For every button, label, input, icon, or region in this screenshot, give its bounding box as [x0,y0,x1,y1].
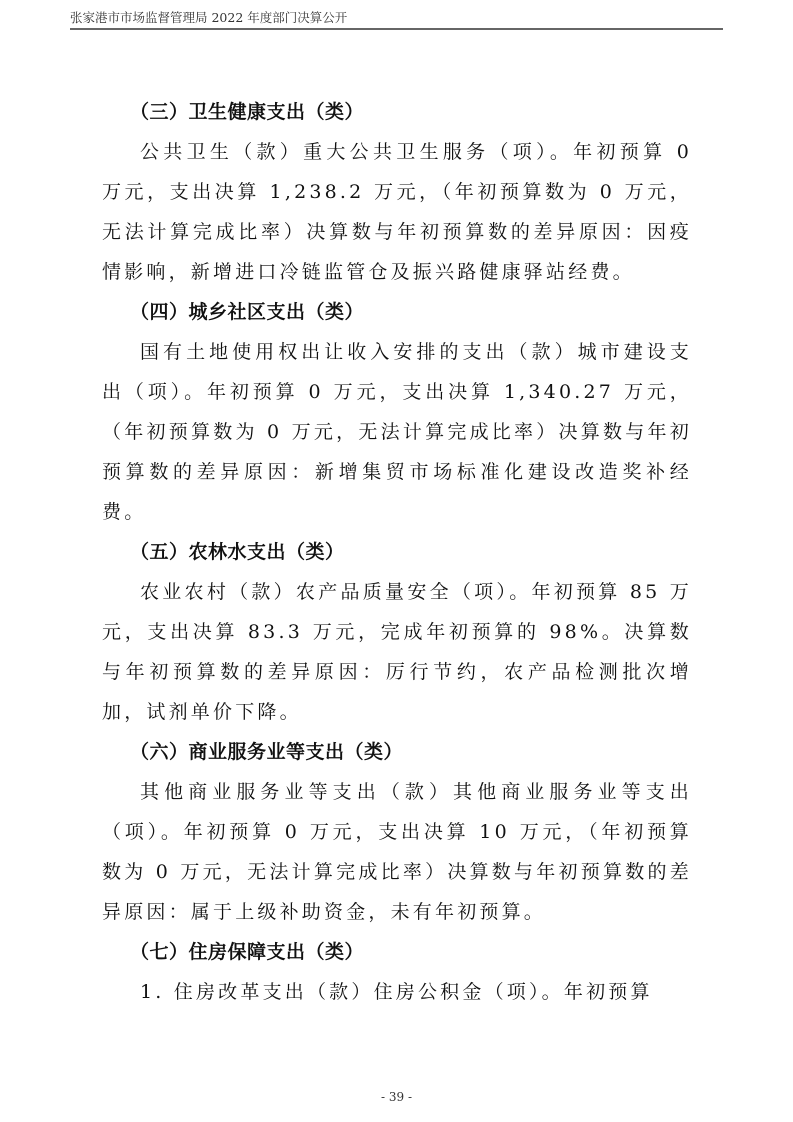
document-title: 张家港市市场监督管理局 2022 年度部门决算公开 [70,10,723,26]
section-urban-rural: （四）城乡社区支出（类） 国有土地使用权出让收入安排的支出（款）城市建设支出（项… [102,292,692,532]
section-commerce: （六）商业服务业等支出（类） 其他商业服务业等支出（款）其他商业服务业等支出（项… [102,732,692,932]
section-paragraph: 国有土地使用权出让收入安排的支出（款）城市建设支出（项）。年初预算 0 万元，支… [102,332,692,532]
header-divider [70,28,723,30]
section-paragraph: 1. 住房改革支出（款）住房公积金（项）。年初预算 [102,972,692,1012]
section-health: （三）卫生健康支出（类） 公共卫生（款）重大公共卫生服务（项）。年初预算 0 万… [102,92,692,292]
section-paragraph: 其他商业服务业等支出（款）其他商业服务业等支出（项）。年初预算 0 万元，支出决… [102,772,692,932]
page-number: - 39 - [0,1090,793,1104]
page-header: 张家港市市场监督管理局 2022 年度部门决算公开 [70,10,723,26]
section-paragraph: 公共卫生（款）重大公共卫生服务（项）。年初预算 0 万元，支出决算 1,238.… [102,132,692,292]
section-heading: （七）住房保障支出（类） [102,932,692,972]
section-agriculture: （五）农林水支出（类） 农业农村（款）农产品质量安全（项）。年初预算 85 万元… [102,532,692,732]
section-housing: （七）住房保障支出（类） 1. 住房改革支出（款）住房公积金（项）。年初预算 [102,932,692,1012]
section-heading: （五）农林水支出（类） [102,532,692,572]
section-heading: （四）城乡社区支出（类） [102,292,692,332]
document-body: （三）卫生健康支出（类） 公共卫生（款）重大公共卫生服务（项）。年初预算 0 万… [102,92,692,1012]
section-heading: （三）卫生健康支出（类） [102,92,692,132]
section-heading: （六）商业服务业等支出（类） [102,732,692,772]
section-paragraph: 农业农村（款）农产品质量安全（项）。年初预算 85 万元，支出决算 83.3 万… [102,572,692,732]
